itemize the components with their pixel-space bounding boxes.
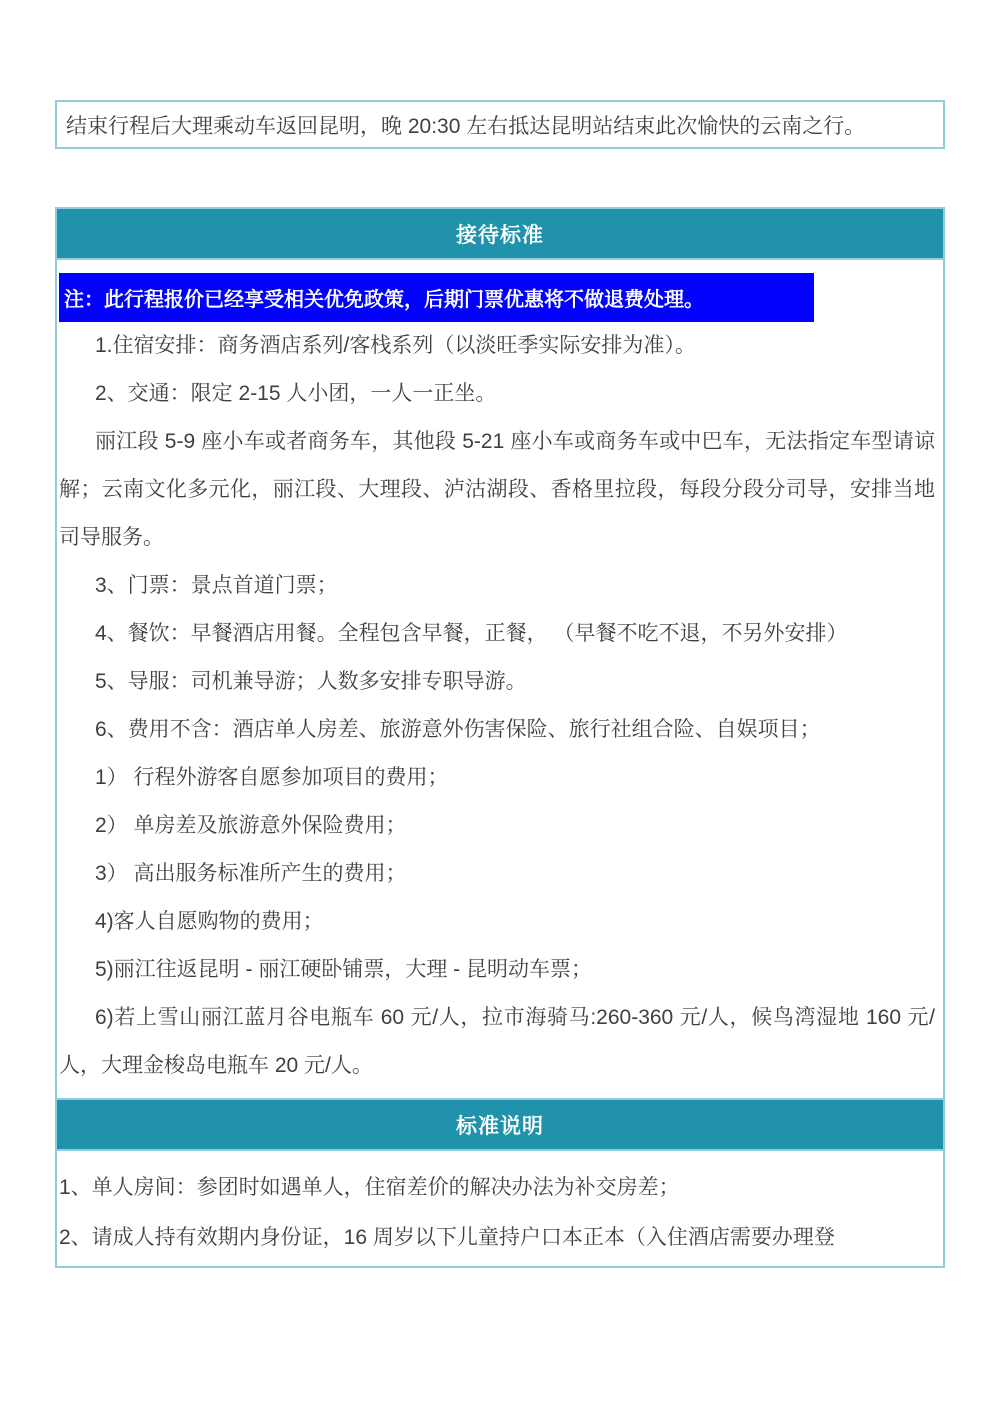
reception-standards-section: 注：此行程报价已经享受相关优免政策，后期门票优惠将不做退费处理。 1.住宿安排：…	[57, 260, 943, 1098]
list-item: 2） 单房差及旅游意外保险费用；	[59, 802, 935, 850]
standards-notes-section: 1、单人房间：参团时如遇单人，住宿差价的解决办法为补交房差；2、请成人持有效期内…	[57, 1151, 943, 1266]
list-item: 1.住宿安排：商务酒店系列/客栈系列（以淡旺季实际安排为准）。	[59, 322, 935, 370]
intro-box: 结束行程后大理乘动车返回昆明，晚 20:30 左右抵达昆明站结束此次愉快的云南之…	[55, 100, 945, 149]
list-item: 3） 高出服务标准所产生的费用；	[59, 850, 935, 898]
standards-notes-header: 标准说明	[57, 1098, 943, 1151]
refund-policy-note: 注：此行程报价已经享受相关优免政策，后期门票优惠将不做退费处理。	[59, 273, 814, 322]
list-item: 4、餐饮：早餐酒店用餐。全程包含早餐，正餐， （早餐不吃不退，不另外安排）	[59, 610, 935, 658]
list-item: 丽江段 5-9 座小车或者商务车，其他段 5-21 座小车或商务车或中巴车，无法…	[59, 418, 935, 562]
list-item: 5、导服：司机兼导游；人数多安排专职导游。	[59, 658, 935, 706]
reception-items: 1.住宿安排：商务酒店系列/客栈系列（以淡旺季实际安排为准）。2、交通：限定 2…	[59, 322, 935, 1090]
list-item: 6、费用不含：酒店单人房差、旅游意外伤害保险、旅行社组合险、自娱项目；	[59, 706, 935, 754]
list-item: 3、门票：景点首道门票；	[59, 562, 935, 610]
reception-standards-header: 接待标准	[57, 209, 943, 260]
standards-items: 1、单人房间：参团时如遇单人，住宿差价的解决办法为补交房差；2、请成人持有效期内…	[59, 1163, 935, 1263]
list-item: 6)若上雪山丽江蓝月谷电瓶车 60 元/人，拉市海骑马:260-360 元/人，…	[59, 994, 935, 1090]
itinerary-standards-table: 接待标准 注：此行程报价已经享受相关优免政策，后期门票优惠将不做退费处理。 1.…	[55, 207, 945, 1268]
list-item: 2、请成人持有效期内身份证，16 周岁以下儿童持户口本正本（入住酒店需要办理登	[59, 1213, 935, 1263]
document-page: 结束行程后大理乘动车返回昆明，晚 20:30 左右抵达昆明站结束此次愉快的云南之…	[0, 0, 992, 1403]
list-item: 2、交通：限定 2-15 人小团，一人一正坐。	[59, 370, 935, 418]
list-item: 5)丽江往返昆明 - 丽江硬卧铺票，大理 - 昆明动车票；	[59, 946, 935, 994]
list-item: 4)客人自愿购物的费用；	[59, 898, 935, 946]
standards-notes-title: 标准说明	[456, 1110, 544, 1140]
intro-text: 结束行程后大理乘动车返回昆明，晚 20:30 左右抵达昆明站结束此次愉快的云南之…	[66, 110, 865, 140]
list-item: 1、单人房间：参团时如遇单人，住宿差价的解决办法为补交房差；	[59, 1163, 935, 1213]
list-item: 1） 行程外游客自愿参加项目的费用；	[59, 754, 935, 802]
reception-standards-title: 接待标准	[456, 219, 544, 249]
refund-policy-note-text: 注：此行程报价已经享受相关优免政策，后期门票优惠将不做退费处理。	[64, 289, 704, 311]
